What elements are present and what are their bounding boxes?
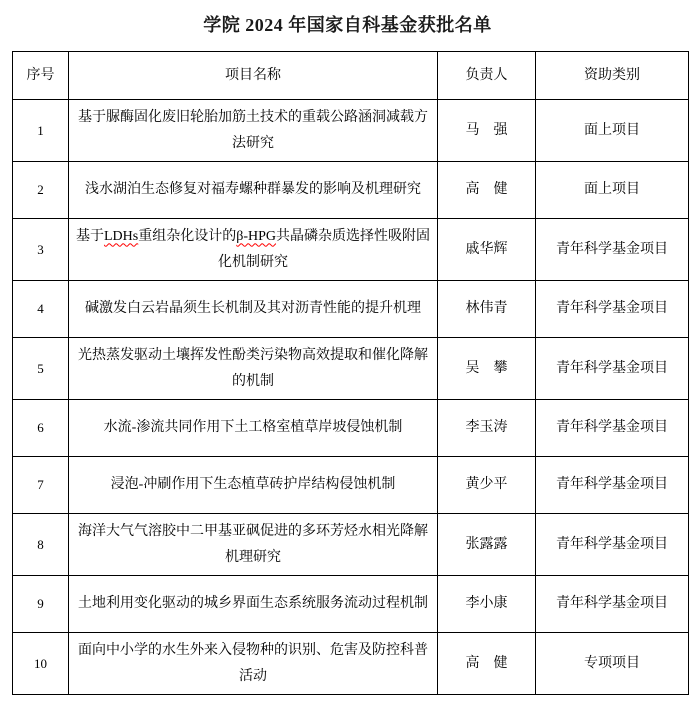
column-header-category: 资助类别 <box>536 52 689 100</box>
cell-funding-category: 青年科学基金项目 <box>536 400 689 457</box>
cell-project-name: 浅水湖泊生态修复对福寿螺种群暴发的影响及机理研究 <box>69 162 438 219</box>
table-row: 5光热蒸发驱动土壤挥发性酚类污染物高效提取和催化降解的机制吴 攀青年科学基金项目 <box>13 338 689 400</box>
spellcheck-underlined-term: LDHs <box>104 229 138 244</box>
cell-funding-category: 面上项目 <box>536 100 689 162</box>
cell-project-name: 基于脲酶固化废旧轮胎加筋土技术的重载公路涵洞减载方法研究 <box>69 100 438 162</box>
project-name-text: 光热蒸发驱动土壤挥发性酚类污染物高效提取和催化降解的机制 <box>78 348 428 389</box>
table-row: 7浸泡-冲刷作用下生态植草砖护岸结构侵蚀机制黄少平青年科学基金项目 <box>13 457 689 514</box>
table-row: 10面向中小学的水生外来入侵物种的识别、危害及防控科普活动高 健专项项目 <box>13 633 689 695</box>
cell-no: 7 <box>13 457 69 514</box>
project-name-text: 浸泡-冲刷作用下生态植草砖护岸结构侵蚀机制 <box>111 477 396 492</box>
project-name-text: 水流-渗流共同作用下土工格室植草岸坡侵蚀机制 <box>104 420 403 435</box>
table-row: 3基于LDHs重组杂化设计的β-HPG共晶磷杂质选择性吸附固化机制研究戚华辉青年… <box>13 219 689 281</box>
cell-funding-category: 青年科学基金项目 <box>536 338 689 400</box>
column-header-leader: 负责人 <box>438 52 536 100</box>
cell-no: 6 <box>13 400 69 457</box>
cell-no: 9 <box>13 576 69 633</box>
table-body: 1基于脲酶固化废旧轮胎加筋土技术的重载公路涵洞减载方法研究马 强面上项目2浅水湖… <box>13 100 689 695</box>
column-header-project: 项目名称 <box>69 52 438 100</box>
cell-funding-category: 专项项目 <box>536 633 689 695</box>
cell-no: 1 <box>13 100 69 162</box>
document-page: 学院 2024 年国家自科基金获批名单 序号 项目名称 负责人 资助类别 1基于… <box>0 0 695 710</box>
cell-project-name: 水流-渗流共同作用下土工格室植草岸坡侵蚀机制 <box>69 400 438 457</box>
cell-no: 3 <box>13 219 69 281</box>
document-title: 学院 2024 年国家自科基金获批名单 <box>0 12 695 38</box>
cell-no: 10 <box>13 633 69 695</box>
cell-leader: 马 强 <box>438 100 536 162</box>
cell-project-name: 土地利用变化驱动的城乡界面生态系统服务流动过程机制 <box>69 576 438 633</box>
cell-leader: 李小康 <box>438 576 536 633</box>
table-row: 8海洋大气气溶胶中二甲基亚砜促进的多环芳烃水相光降解机理研究张露露青年科学基金项… <box>13 514 689 576</box>
table-row: 1基于脲酶固化废旧轮胎加筋土技术的重载公路涵洞减载方法研究马 强面上项目 <box>13 100 689 162</box>
project-name-text: 基于 <box>76 229 104 244</box>
cell-funding-category: 青年科学基金项目 <box>536 219 689 281</box>
funding-table: 序号 项目名称 负责人 资助类别 1基于脲酶固化废旧轮胎加筋土技术的重载公路涵洞… <box>12 51 689 695</box>
cell-project-name: 光热蒸发驱动土壤挥发性酚类污染物高效提取和催化降解的机制 <box>69 338 438 400</box>
cell-leader: 戚华辉 <box>438 219 536 281</box>
cell-leader: 张露露 <box>438 514 536 576</box>
project-name-text: 碱激发白云岩晶须生长机制及其对沥青性能的提升机理 <box>85 301 421 316</box>
table-row: 9土地利用变化驱动的城乡界面生态系统服务流动过程机制李小康青年科学基金项目 <box>13 576 689 633</box>
cell-funding-category: 青年科学基金项目 <box>536 576 689 633</box>
cell-no: 8 <box>13 514 69 576</box>
table-row: 6水流-渗流共同作用下土工格室植草岸坡侵蚀机制李玉涛青年科学基金项目 <box>13 400 689 457</box>
cell-project-name: 基于LDHs重组杂化设计的β-HPG共晶磷杂质选择性吸附固化机制研究 <box>69 219 438 281</box>
cell-leader: 高 健 <box>438 162 536 219</box>
cell-leader: 吴 攀 <box>438 338 536 400</box>
cell-project-name: 面向中小学的水生外来入侵物种的识别、危害及防控科普活动 <box>69 633 438 695</box>
cell-leader: 黄少平 <box>438 457 536 514</box>
project-name-text: 海洋大气气溶胶中二甲基亚砜促进的多环芳烃水相光降解机理研究 <box>78 524 428 565</box>
cell-funding-category: 青年科学基金项目 <box>536 457 689 514</box>
cell-leader: 林伟青 <box>438 281 536 338</box>
project-name-text: 重组杂化设计的 <box>138 229 236 244</box>
cell-leader: 高 健 <box>438 633 536 695</box>
header-row: 序号 项目名称 负责人 资助类别 <box>13 52 689 100</box>
cell-project-name: 浸泡-冲刷作用下生态植草砖护岸结构侵蚀机制 <box>69 457 438 514</box>
project-name-text: 土地利用变化驱动的城乡界面生态系统服务流动过程机制 <box>78 596 428 611</box>
table-row: 4碱激发白云岩晶须生长机制及其对沥青性能的提升机理林伟青青年科学基金项目 <box>13 281 689 338</box>
cell-project-name: 海洋大气气溶胶中二甲基亚砜促进的多环芳烃水相光降解机理研究 <box>69 514 438 576</box>
project-name-text: 基于脲酶固化废旧轮胎加筋土技术的重载公路涵洞减载方法研究 <box>78 110 428 151</box>
cell-no: 2 <box>13 162 69 219</box>
cell-project-name: 碱激发白云岩晶须生长机制及其对沥青性能的提升机理 <box>69 281 438 338</box>
cell-no: 5 <box>13 338 69 400</box>
cell-funding-category: 青年科学基金项目 <box>536 514 689 576</box>
cell-no: 4 <box>13 281 69 338</box>
cell-funding-category: 青年科学基金项目 <box>536 281 689 338</box>
project-name-text: 浅水湖泊生态修复对福寿螺种群暴发的影响及机理研究 <box>85 182 421 197</box>
cell-funding-category: 面上项目 <box>536 162 689 219</box>
column-header-no: 序号 <box>13 52 69 100</box>
cell-leader: 李玉涛 <box>438 400 536 457</box>
project-name-text: 面向中小学的水生外来入侵物种的识别、危害及防控科普活动 <box>78 643 428 684</box>
spellcheck-underlined-term: β-HPG <box>236 229 276 244</box>
table-row: 2浅水湖泊生态修复对福寿螺种群暴发的影响及机理研究高 健面上项目 <box>13 162 689 219</box>
